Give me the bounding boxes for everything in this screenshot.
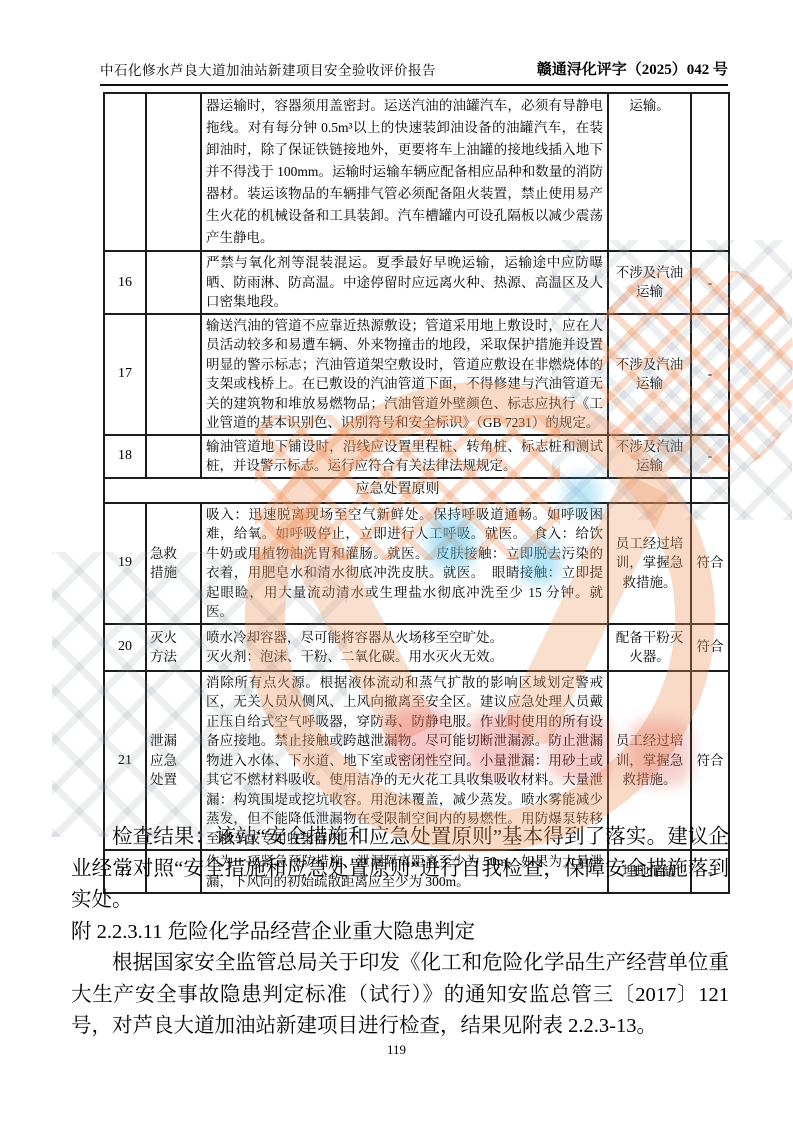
row-result: - [691, 435, 729, 478]
row-result [691, 478, 729, 503]
row-number: 20 [104, 624, 146, 671]
row-content: 喷水冷却容器，尽可能将容器从火场移至空旷处。 灭火剂：泡沫、干粉、二氧化碳。用水… [201, 624, 608, 671]
row-measure: 不涉及汽油运输 [608, 251, 691, 314]
document-page: 中石化修水芦良大道加油站新建项目安全验收评价报告 赣通浔化评字（2025）042… [0, 0, 793, 1122]
row-category: 灭火 方法 [146, 624, 201, 671]
row-measure: 配备干粉灭火器。 [608, 624, 691, 671]
table-row: 20 灭火 方法 喷水冷却容器，尽可能将容器从火场移至空旷处。 灭火剂：泡沫、干… [104, 624, 729, 671]
row-result: 符合 [691, 503, 729, 624]
row-number: 16 [104, 251, 146, 314]
row-result [691, 93, 729, 251]
row-category: 急救 措施 [146, 503, 201, 624]
table-row: 17 输送汽油的管道不应靠近热源敷设；管道采用地上敷设时，应在人员活动较多和易遭… [104, 314, 729, 435]
table-row: 18 输油管道地下铺设时，沿线应设置里程桩、转角桩、标志桩和测试桩，并设警示标志… [104, 435, 729, 478]
report-title: 中石化修水芦良大道加油站新建项目安全验收评价报告 [100, 59, 436, 79]
table-row: 19 急救 措施 吸入：迅速脱离现场至空气新鲜处。保持呼吸道通畅。如呼吸困难，给… [104, 503, 729, 624]
row-number: 18 [104, 435, 146, 478]
row-measure: 不涉及汽油运输 [608, 435, 691, 478]
row-number: 19 [104, 503, 146, 624]
row-measure: 不涉及汽油运输 [608, 314, 691, 435]
appendix-paragraph: 根据国家安全监管总局关于印发《化工和危险化学品生产经营单位重大生产安全事故隐患判… [71, 948, 729, 1043]
row-result: - [691, 314, 729, 435]
check-result-paragraph: 检查结果：该站“安全措施和应急处置原则”基本得到了落实。建议企业经常对照“安全措… [71, 822, 729, 917]
row-number [104, 93, 146, 251]
row-result: 符合 [691, 624, 729, 671]
page-number: 119 [0, 1042, 793, 1058]
row-content: 吸入：迅速脱离现场至空气新鲜处。保持呼吸道通畅。如呼吸困难，给氧。如呼吸停止，立… [201, 503, 608, 624]
row-measure: 员工经过培训，掌握急救措施。 [608, 503, 691, 624]
appendix-heading: 附 2.2.3.11 危险化学品经营企业重大隐患判定 [71, 917, 729, 949]
page-header: 中石化修水芦良大道加油站新建项目安全验收评价报告 赣通浔化评字（2025）042… [100, 58, 728, 86]
row-category [146, 435, 201, 478]
section-header: 应急处置原则 [104, 478, 691, 503]
row-content: 器运输时，容器须用盖密封。运送汽油的油罐汽车，必须有导静电拖线。对有每分钟 0.… [201, 93, 608, 251]
row-content: 输油管道地下铺设时，沿线应设置里程桩、转角桩、标志桩和测试桩，并设警示标志。运行… [201, 435, 608, 478]
table-row: 16 严禁与氧化剂等混装混运。夏季最好早晚运输，运输途中应防曝晒、防雨淋、防高温… [104, 251, 729, 314]
body-text: 检查结果：该站“安全措施和应急处置原则”基本得到了落实。建议企业经常对照“安全措… [71, 822, 729, 1043]
row-category [146, 314, 201, 435]
row-number: 17 [104, 314, 146, 435]
row-category [146, 251, 201, 314]
table-row: 器运输时，容器须用盖密封。运送汽油的油罐汽车，必须有导静电拖线。对有每分钟 0.… [104, 93, 729, 251]
row-content: 严禁与氧化剂等混装混运。夏季最好早晚运输，运输途中应防曝晒、防雨淋、防高温。中途… [201, 251, 608, 314]
row-measure: 运输。 [608, 93, 691, 251]
row-content: 输送汽油的管道不应靠近热源敷设；管道采用地上敷设时，应在人员活动较多和易遭车辆、… [201, 314, 608, 435]
row-result: - [691, 251, 729, 314]
section-header-row: 应急处置原则 [104, 478, 729, 503]
row-category [146, 93, 201, 251]
document-number: 赣通浔化评字（2025）042 号 [537, 58, 728, 79]
safety-measures-table: 器运输时，容器须用盖密封。运送汽油的油罐汽车，必须有导静电拖线。对有每分钟 0.… [103, 92, 728, 894]
